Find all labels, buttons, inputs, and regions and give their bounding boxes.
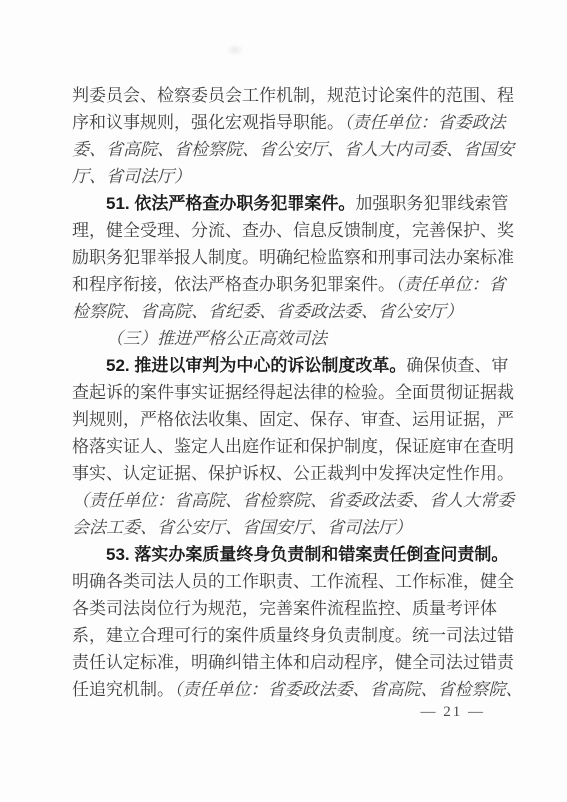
text-line: 各类司法岗位行为规范，完善案件流程监控、质量考评体 bbox=[72, 595, 514, 622]
text-line: 责任认定标准，明确纠错主体和启动程序，健全司法过错责 bbox=[72, 649, 514, 676]
text-line: 判规则，严格依法收集、固定、保存、审查、运用证据，严 bbox=[72, 406, 514, 433]
text-line: 厅、省司法厅） bbox=[72, 163, 514, 190]
item-heading-text: 51. 依法严格查办职务犯罪案件。 bbox=[106, 194, 355, 213]
responsibility-unit-text: （三）推进严格公正高效司法 bbox=[106, 329, 327, 348]
body-text-segment: 系，建立合理可行的案件质量终身负责制度。统一司法过错 bbox=[72, 626, 514, 645]
body-text-segment: 判委员会、检察委员会工作机制，规范讨论案件的范围、程 bbox=[72, 86, 514, 105]
body-text-segment: 理，健全受理、分流、查办、信息反馈制度，完善保护、奖 bbox=[72, 221, 514, 240]
responsibility-unit-text: （责任单位：省委政法委、省高院、省检察院、 bbox=[174, 680, 523, 699]
body-text-segment: 任追究机制。 bbox=[72, 680, 174, 699]
text-line: （责任单位：省高院、省检察院、省委政法委、省人大常委 bbox=[72, 487, 514, 514]
text-line: 51. 依法严格查办职务犯罪案件。加强职务犯罪线索管 bbox=[72, 190, 514, 217]
body-text-segment: 励职务犯罪举报人制度。明确纪检监察和刑事司法办案标准 bbox=[72, 248, 514, 267]
body-text-segment: 判规则，严格依法收集、固定、保存、审查、运用证据，严 bbox=[72, 410, 514, 429]
text-line: （三）推进严格公正高效司法 bbox=[72, 325, 514, 352]
document-body: 判委员会、检察委员会工作机制，规范讨论案件的范围、程序和议事规则，强化宏观指导职… bbox=[72, 82, 514, 703]
text-line: 和程序衔接，依法严格查办职务犯罪案件。（责任单位：省 bbox=[72, 271, 514, 298]
body-text-segment: 明确各类司法人员的工作职责、工作流程、工作标准，健全 bbox=[72, 572, 514, 591]
text-line: 53. 落实办案质量终身负责制和错案责任倒查问责制。 bbox=[72, 541, 514, 568]
document-page: 判委员会、检察委员会工作机制，规范讨论案件的范围、程序和议事规则，强化宏观指导职… bbox=[0, 0, 567, 802]
item-heading-text: 52. 推进以审判为中心的诉讼制度改革。 bbox=[106, 356, 406, 375]
text-line: 序和议事规则，强化宏观指导职能。（责任单位：省委政法 bbox=[72, 109, 514, 136]
body-text-segment: 和程序衔接，依法严格查办职务犯罪案件。 bbox=[72, 275, 395, 294]
body-text-segment: 格落实证人、鉴定人出庭作证和保护制度，保证庭审在查明 bbox=[72, 437, 514, 456]
body-text-segment: 查起诉的案件事实证据经得起法律的检验。全面贯彻证据裁 bbox=[72, 383, 514, 402]
responsibility-unit-text: 厅、省司法厅） bbox=[72, 167, 191, 186]
body-text-segment: 加强职务犯罪线索管 bbox=[355, 194, 508, 213]
page-number: — 21 — bbox=[421, 701, 486, 723]
responsibility-unit-text: （责任单位：省委政法 bbox=[344, 113, 506, 132]
body-text-segment: 责任认定标准，明确纠错主体和启动程序，健全司法过错责 bbox=[72, 653, 514, 672]
body-text-segment: 确保侦查、审 bbox=[406, 356, 508, 375]
text-line: 格落实证人、鉴定人出庭作证和保护制度，保证庭审在查明 bbox=[72, 433, 514, 460]
body-text-segment: 各类司法岗位行为规范，完善案件流程监控、质量考评体 bbox=[72, 599, 497, 618]
text-line: 理，健全受理、分流、查办、信息反馈制度，完善保护、奖 bbox=[72, 217, 514, 244]
text-line: 52. 推进以审判为中心的诉讼制度改革。确保侦查、审 bbox=[72, 352, 514, 379]
text-line: 事实、认定证据、保护诉权、公正裁判中发挥决定性作用。 bbox=[72, 460, 514, 487]
text-line: 判委员会、检察委员会工作机制，规范讨论案件的范围、程 bbox=[72, 82, 514, 109]
text-line: 查起诉的案件事实证据经得起法律的检验。全面贯彻证据裁 bbox=[72, 379, 514, 406]
text-line: 系，建立合理可行的案件质量终身负责制度。统一司法过错 bbox=[72, 622, 514, 649]
scan-smudge bbox=[226, 44, 244, 56]
responsibility-unit-text: 会法工委、省公安厅、省国安厅、省司法厅） bbox=[72, 518, 412, 537]
text-line: 明确各类司法人员的工作职责、工作流程、工作标准，健全 bbox=[72, 568, 514, 595]
responsibility-unit-text: 委、省高院、省检察院、省公安厅、省人大内司委、省国安 bbox=[72, 140, 514, 159]
text-line: 任追究机制。（责任单位：省委政法委、省高院、省检察院、 bbox=[72, 676, 514, 703]
body-text-segment: 序和议事规则，强化宏观指导职能。 bbox=[72, 113, 344, 132]
responsibility-unit-text: 检察院、省高院、省纪委、省委政法委、省公安厅） bbox=[72, 302, 463, 321]
responsibility-unit-text: （责任单位：省高院、省检察院、省委政法委、省人大常委 bbox=[72, 491, 514, 510]
body-text-segment: 事实、认定证据、保护诉权、公正裁判中发挥决定性作用。 bbox=[72, 464, 514, 483]
item-heading-text: 53. 落实办案质量终身负责制和错案责任倒查问责制。 bbox=[106, 545, 508, 564]
text-line: 检察院、省高院、省纪委、省委政法委、省公安厅） bbox=[72, 298, 514, 325]
responsibility-unit-text: （责任单位：省 bbox=[395, 275, 506, 294]
text-line: 委、省高院、省检察院、省公安厅、省人大内司委、省国安 bbox=[72, 136, 514, 163]
text-line: 会法工委、省公安厅、省国安厅、省司法厅） bbox=[72, 514, 514, 541]
text-line: 励职务犯罪举报人制度。明确纪检监察和刑事司法办案标准 bbox=[72, 244, 514, 271]
